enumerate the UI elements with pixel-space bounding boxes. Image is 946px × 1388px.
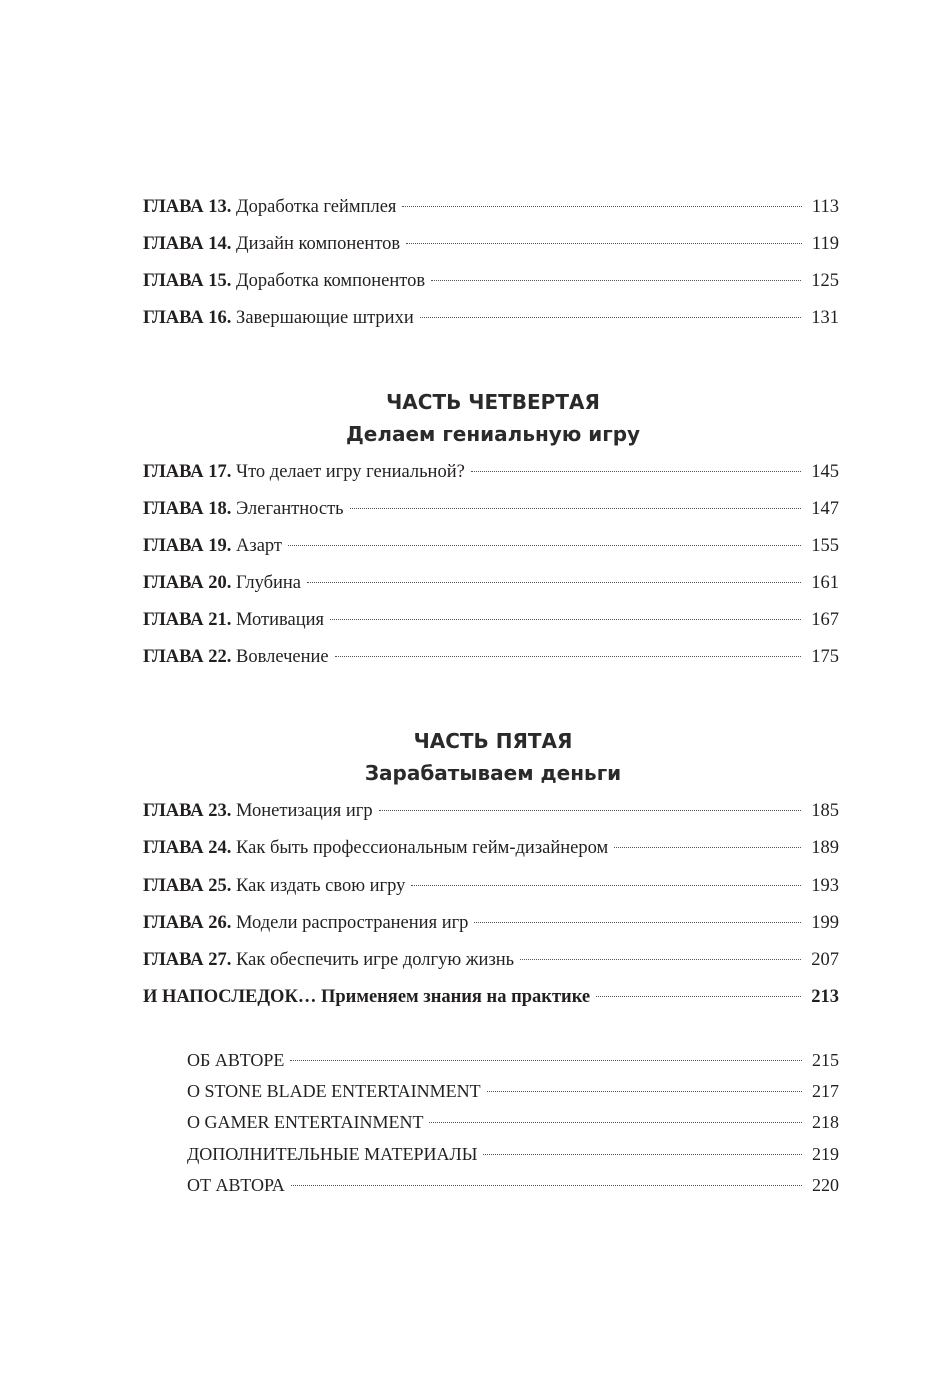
appendix-title: ОТ АВТОРА (187, 1175, 285, 1195)
page-number: 125 (811, 268, 839, 294)
page-number: 193 (811, 873, 839, 899)
chapter-title: Мотивация (236, 610, 324, 630)
dot-leader (471, 471, 801, 472)
page-number: 220 (812, 1172, 839, 1198)
page-number: 215 (812, 1047, 839, 1073)
dot-leader (596, 996, 801, 997)
toc-entry-chapter-17[interactable]: ГЛАВА 17. Что делает игру гениальной? 14… (143, 459, 839, 485)
chapter-number: ГЛАВА 13. (143, 197, 231, 217)
chapter-number: ГЛАВА 20. (143, 573, 231, 593)
toc-entry-chapter-16[interactable]: ГЛАВА 16. Завершающие штрихи 131 (143, 305, 839, 331)
chapter-title: Элегантность (236, 499, 344, 519)
chapter-number: ГЛАВА 15. (143, 271, 231, 291)
page-number: 175 (811, 644, 839, 670)
part-title: Зарабатываем деньги (0, 757, 946, 789)
toc-entry-about-stone-blade[interactable]: О STONE BLADE ENTERTAINMENT 217 (187, 1078, 839, 1104)
toc-entry-afterword[interactable]: И НАПОСЛЕДОК… Применяем знания на практи… (143, 984, 839, 1010)
toc-entry-additional-materials[interactable]: ДОПОЛНИТЕЛЬНЫЕ МАТЕРИАЛЫ 219 (187, 1141, 839, 1167)
chapter-title: Что делает игру гениальной? (236, 462, 465, 482)
chapter-title: Азарт (236, 536, 282, 556)
toc-entry-chapter-19[interactable]: ГЛАВА 19. Азарт 155 (143, 533, 839, 559)
chapter-number: ГЛАВА 24. (143, 838, 231, 858)
chapter-title: Глубина (236, 573, 301, 593)
page-number: 185 (811, 798, 839, 824)
chapter-number: ГЛАВА 27. (143, 950, 231, 970)
toc-entry-chapter-18[interactable]: ГЛАВА 18. Элегантность 147 (143, 496, 839, 522)
dot-leader (291, 1185, 802, 1186)
page-number: 145 (811, 459, 839, 485)
afterword-title: Применяем знания на практике (321, 987, 590, 1007)
toc-entry-chapter-21[interactable]: ГЛАВА 21. Мотивация 167 (143, 607, 839, 633)
part-label: ЧАСТЬ ЧЕТВЕРТАЯ (0, 386, 946, 418)
dot-leader (335, 656, 802, 657)
chapter-title: Как издать свою игру (236, 876, 405, 896)
dot-leader (350, 508, 802, 509)
dot-leader (474, 922, 801, 923)
toc-entry-chapter-22[interactable]: ГЛАВА 22. Вовлечение 175 (143, 644, 839, 670)
page-number: 207 (811, 947, 839, 973)
dot-leader (614, 847, 801, 848)
toc-entry-chapter-13[interactable]: ГЛАВА 13. Доработка геймплея 113 (143, 194, 839, 220)
dot-leader (420, 317, 802, 318)
page-number: 161 (811, 570, 839, 596)
chapter-number: ГЛАВА 16. (143, 308, 231, 328)
appendix-title: ОБ АВТОРЕ (187, 1050, 284, 1070)
dot-leader (307, 582, 801, 583)
chapter-title: Как быть профессиональным гейм-дизайнеро… (236, 838, 608, 858)
appendix-title: О GAMER ENTERTAINMENT (187, 1112, 423, 1132)
dot-leader (290, 1060, 802, 1061)
chapter-number: ГЛАВА 22. (143, 647, 231, 667)
toc-entry-chapter-20[interactable]: ГЛАВА 20. Глубина 161 (143, 570, 839, 596)
chapter-number: ГЛАВА 26. (143, 913, 231, 933)
dot-leader (330, 619, 801, 620)
toc-entry-from-author[interactable]: ОТ АВТОРА 220 (187, 1172, 839, 1198)
dot-leader (406, 243, 802, 244)
page-number: 199 (811, 910, 839, 936)
toc-entry-about-author[interactable]: ОБ АВТОРЕ 215 (187, 1047, 839, 1073)
part-five-heading: ЧАСТЬ ПЯТАЯ Зарабатываем деньги (0, 725, 946, 789)
chapter-number: ГЛАВА 17. (143, 462, 231, 482)
chapter-title: Монетизация игр (236, 801, 373, 821)
appendix-title: О STONE BLADE ENTERTAINMENT (187, 1081, 481, 1101)
chapter-title: Дизайн компонентов (236, 234, 400, 254)
toc-entry-chapter-15[interactable]: ГЛАВА 15. Доработка компонентов 125 (143, 268, 839, 294)
toc-entry-about-gamer-entertainment[interactable]: О GAMER ENTERTAINMENT 218 (187, 1109, 839, 1135)
dot-leader (379, 810, 802, 811)
page-number: 119 (812, 231, 839, 257)
dot-leader (402, 206, 801, 207)
dot-leader (288, 545, 801, 546)
page-number: 155 (811, 533, 839, 559)
part-title: Делаем гениальную игру (0, 418, 946, 450)
page-number: 113 (812, 194, 839, 220)
dot-leader (429, 1122, 802, 1123)
afterword-prefix: И НАПОСЛЕДОК… (143, 987, 316, 1007)
part-label: ЧАСТЬ ПЯТАЯ (0, 725, 946, 757)
chapter-number: ГЛАВА 23. (143, 801, 231, 821)
dot-leader (483, 1154, 802, 1155)
page-number: 147 (811, 496, 839, 522)
chapter-title: Как обеспечить игре долгую жизнь (236, 950, 514, 970)
page-number: 219 (812, 1141, 839, 1167)
chapter-title: Вовлечение (236, 647, 329, 667)
page-number: 213 (811, 984, 839, 1010)
dot-leader (487, 1091, 802, 1092)
toc-entry-chapter-27[interactable]: ГЛАВА 27. Как обеспечить игре долгую жиз… (143, 947, 839, 973)
dot-leader (520, 959, 801, 960)
dot-leader (431, 280, 801, 281)
toc-entry-chapter-25[interactable]: ГЛАВА 25. Как издать свою игру 193 (143, 873, 839, 899)
page-number: 218 (812, 1109, 839, 1135)
chapter-title: Доработка компонентов (236, 271, 425, 291)
toc-entry-chapter-26[interactable]: ГЛАВА 26. Модели распространения игр 199 (143, 910, 839, 936)
chapter-number: ГЛАВА 18. (143, 499, 231, 519)
chapter-number: ГЛАВА 25. (143, 876, 231, 896)
page-number: 131 (811, 305, 839, 331)
toc-entry-chapter-23[interactable]: ГЛАВА 23. Монетизация игр 185 (143, 798, 839, 824)
chapter-number: ГЛАВА 19. (143, 536, 231, 556)
chapter-title: Модели распространения игр (236, 913, 468, 933)
page-number: 217 (812, 1078, 839, 1104)
appendix-title: ДОПОЛНИТЕЛЬНЫЕ МАТЕРИАЛЫ (187, 1144, 477, 1164)
chapter-number: ГЛАВА 21. (143, 610, 231, 630)
toc-entry-chapter-14[interactable]: ГЛАВА 14. Дизайн компонентов 119 (143, 231, 839, 257)
page-number: 167 (811, 607, 839, 633)
page-number: 189 (811, 835, 839, 861)
chapter-title: Завершающие штрихи (236, 308, 414, 328)
part-four-heading: ЧАСТЬ ЧЕТВЕРТАЯ Делаем гениальную игру (0, 386, 946, 450)
chapter-number: ГЛАВА 14. (143, 234, 231, 254)
chapter-title: Доработка геймплея (236, 197, 396, 217)
dot-leader (411, 885, 801, 886)
toc-entry-chapter-24[interactable]: ГЛАВА 24. Как быть профессиональным гейм… (143, 835, 839, 861)
